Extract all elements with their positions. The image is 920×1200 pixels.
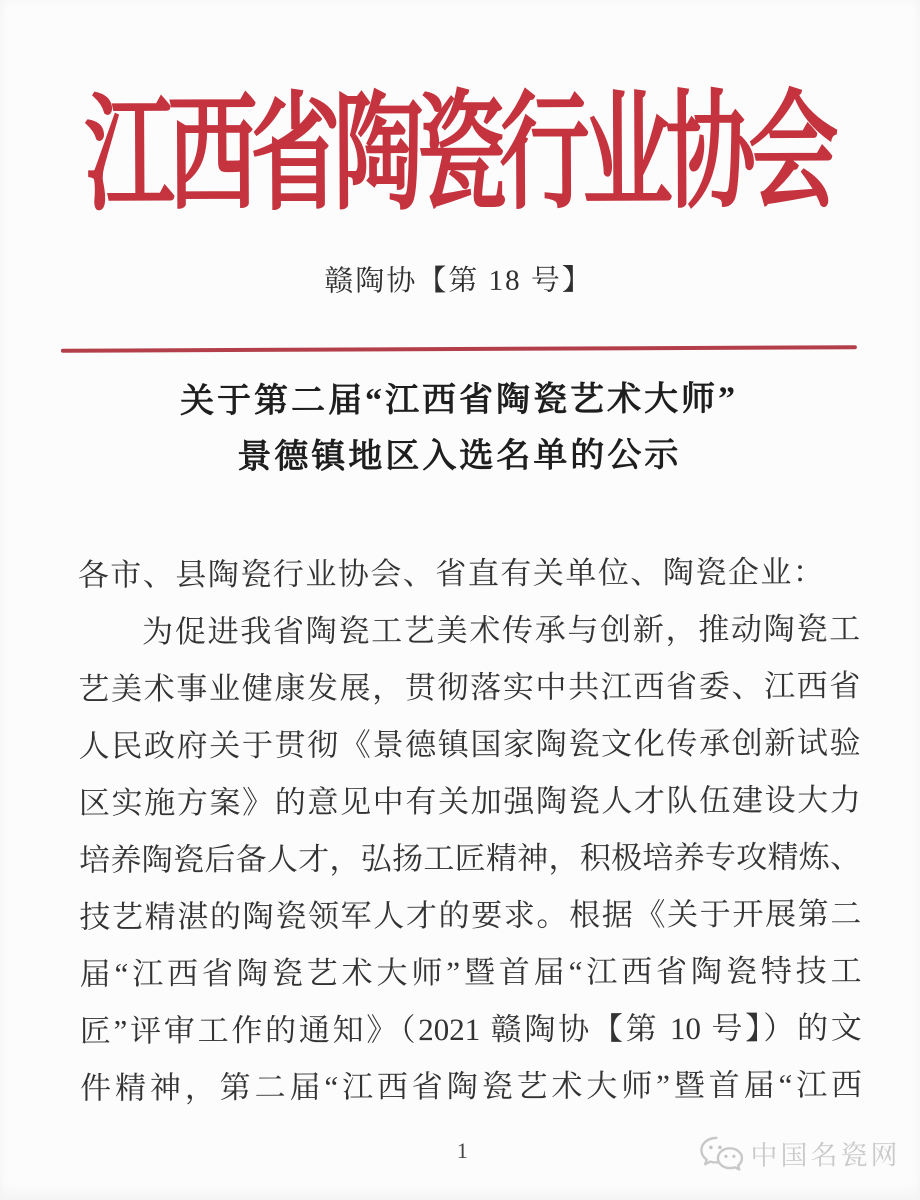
body-line: 人民政府关于贯彻《景德镇国家陶瓷文化传承创新试验 — [79, 714, 861, 774]
body-line: 匠”评审工作的通知》（2021 赣陶协【第 10 号】）的文 — [80, 999, 862, 1059]
document-title-line1: 关于第二届“江西省陶瓷艺术大师” — [0, 371, 919, 431]
watermark-text: 中国名瓷网 — [750, 1133, 900, 1173]
body-line: 培养陶瓷后备人才，弘扬工匠精神，积极培养专攻精炼、 — [79, 828, 861, 888]
body-line: 为促进我省陶瓷工艺美术传承与创新，推动陶瓷工 — [78, 600, 860, 660]
salutation-line: 各市、县陶瓷行业协会、省直有关单位、陶瓷企业： — [78, 543, 860, 603]
document-number: 赣陶协【第 18 号】 — [0, 260, 919, 302]
page-content: 江西省陶瓷行业协会 赣陶协【第 18 号】 关于第二届“江西省陶瓷艺术大师” 景… — [0, 0, 920, 1200]
document-title: 关于第二届“江西省陶瓷艺术大师” 景德镇地区入选名单的公示 — [0, 371, 919, 487]
wechat-icon — [699, 1134, 743, 1172]
scanned-document-page: 江西省陶瓷行业协会 赣陶协【第 18 号】 关于第二届“江西省陶瓷艺术大师” 景… — [0, 0, 920, 1200]
body-line: 区实施方案》的意见中有关加强陶瓷人才队伍建设大力 — [79, 771, 861, 831]
document-body: 各市、县陶瓷行业协会、省直有关单位、陶瓷企业： 为促进我省陶瓷工艺美术传承与创新… — [78, 543, 862, 1116]
document-title-line2: 景德镇地区入选名单的公示 — [0, 427, 919, 487]
body-line: 艺美术事业健康发展，贯彻落实中共江西省委、江西省 — [78, 657, 860, 717]
body-line: 技艺精湛的陶瓷领军人才的要求。根据《关于开展第二 — [79, 885, 861, 945]
red-divider-line — [61, 345, 857, 352]
body-line: 届“江西省陶瓷艺术大师”暨首届“江西省陶瓷特技工 — [80, 942, 862, 1002]
watermark: 中国名瓷网 — [699, 1133, 900, 1173]
body-line: 件精神，第二届“江西省陶瓷艺术大师”暨首届“江西 — [80, 1056, 862, 1116]
organization-masthead: 江西省陶瓷行业协会 — [0, 90, 918, 222]
